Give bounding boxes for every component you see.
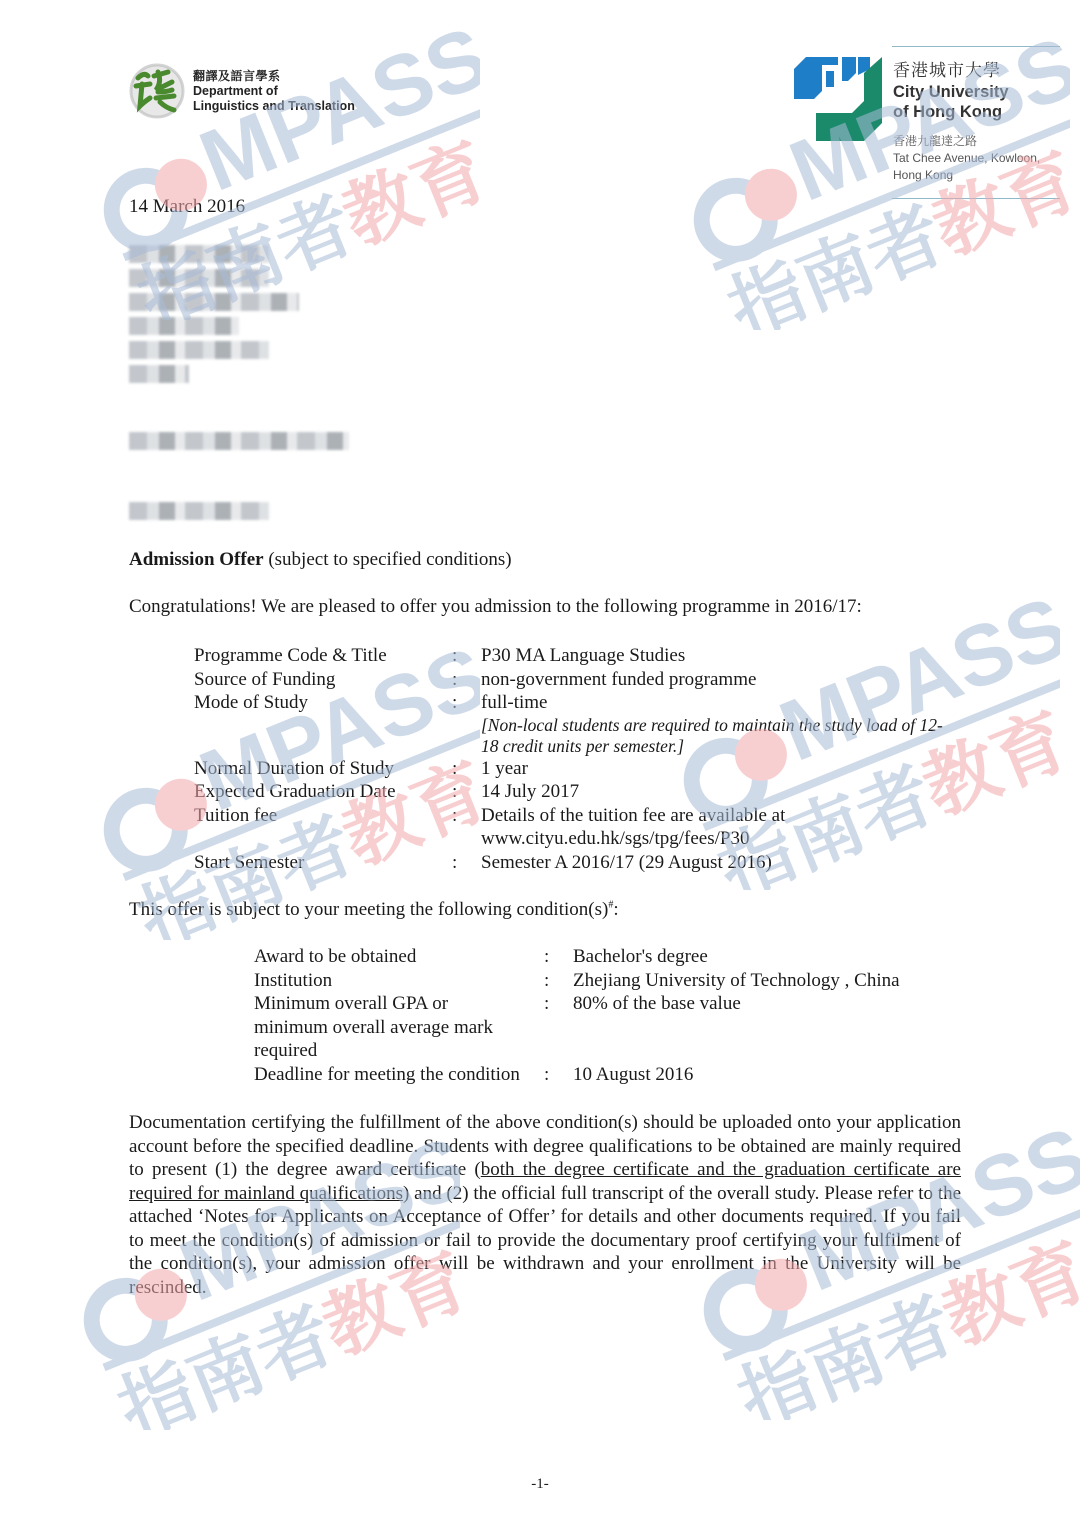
conditions-table: Award to be obtained : Bachelor's degree… <box>254 945 973 1086</box>
redacted-application-number <box>129 432 349 456</box>
department-name-en-line1: Department of <box>193 84 355 99</box>
detail-value: P30 MA Language Studies <box>481 644 951 668</box>
condition-label: Institution <box>254 969 544 993</box>
redacted-line <box>129 293 299 311</box>
programme-details-table: Programme Code & Title : P30 MA Language… <box>194 644 951 874</box>
detail-row-funding: Source of Funding : non-government funde… <box>194 668 951 692</box>
redacted-salutation <box>129 502 269 526</box>
address-zh: 香港九龍達之路 <box>893 133 1040 150</box>
detail-row-start: Start Semester : Semester A 2016/17 (29 … <box>194 851 951 875</box>
redacted-line <box>129 365 189 383</box>
detail-value: Details of the tuition fee are available… <box>481 804 951 828</box>
offer-heading: Admission Offer (subject to specified co… <box>129 548 512 572</box>
detail-label: Expected Graduation Date <box>194 780 452 804</box>
detail-label: Programme Code & Title <box>194 644 452 668</box>
address-en-line2: Hong Kong <box>893 167 1040 184</box>
study-load-note: [Non-local students are required to main… <box>481 715 951 757</box>
separator: : <box>544 1063 573 1087</box>
separator: : <box>452 757 481 781</box>
condition-value: 80% of the base value <box>573 992 973 1063</box>
separator: : <box>452 780 481 804</box>
detail-label: Source of Funding <box>194 668 452 692</box>
condition-row-institution: Institution : Zhejiang University of Tec… <box>254 969 973 993</box>
university-name-en-line1: City University <box>893 82 1009 102</box>
university-name-zh: 香港城市大學 <box>893 60 1009 82</box>
offer-heading-bold: Admission Offer <box>129 549 264 570</box>
congratulations-line: Congratulations! We are pleased to offer… <box>129 595 862 619</box>
condition-label: Minimum overall GPA or minimum overall a… <box>254 992 524 1063</box>
university-name-en-line2: of Hong Kong <box>893 102 1009 122</box>
department-name-zh: 翻譯及語言學系 <box>193 69 355 84</box>
redacted-line <box>129 245 269 263</box>
detail-value: 14 July 2017 <box>481 780 951 804</box>
svg-text:指南者: 指南者 <box>107 1292 345 1430</box>
detail-label: Mode of Study <box>194 691 452 757</box>
condition-row-deadline: Deadline for meeting the condition : 10 … <box>254 1063 973 1087</box>
detail-label: Tuition fee <box>194 804 452 851</box>
condition-row-gpa: Minimum overall GPA or minimum overall a… <box>254 992 973 1063</box>
detail-label: Start Semester <box>194 851 452 875</box>
separator: : <box>452 851 481 875</box>
condition-value: Bachelor's degree <box>573 945 973 969</box>
separator: : <box>544 945 573 969</box>
separator: : <box>544 969 573 993</box>
detail-value: non-government funded programme <box>481 668 951 692</box>
university-address: 香港九龍達之路 Tat Chee Avenue, Kowloon, Hong K… <box>893 133 1040 184</box>
detail-row-programme: Programme Code & Title : P30 MA Language… <box>194 644 951 668</box>
separator: : <box>452 804 481 851</box>
documentation-paragraph: Documentation certifying the fulfillment… <box>129 1111 961 1299</box>
cityu-logo-icon <box>792 51 884 143</box>
top-rule <box>892 46 1060 47</box>
condition-value: 10 August 2016 <box>573 1063 973 1087</box>
department-letterhead: 翻譯及語言學系 Department of Linguistics and Tr… <box>128 62 355 120</box>
condition-label: Deadline for meeting the condition <box>254 1063 544 1087</box>
separator: : <box>544 992 573 1063</box>
condition-label: Award to be obtained <box>254 945 544 969</box>
detail-value: Semester A 2016/17 (29 August 2016) <box>481 851 951 875</box>
detail-label: Normal Duration of Study <box>194 757 452 781</box>
calligraphy-yu-logo-icon <box>128 62 186 120</box>
redacted-line <box>129 432 349 450</box>
svg-text:指南者: 指南者 <box>717 192 955 330</box>
separator: : <box>452 668 481 692</box>
offer-heading-rest: (subject to specified conditions) <box>264 549 512 570</box>
letter-date: 14 March 2016 <box>129 195 245 219</box>
page-number: -1- <box>0 1476 1080 1493</box>
svg-text:教育: 教育 <box>331 127 480 262</box>
address-en-line1: Tat Chee Avenue, Kowloon, <box>893 150 1040 167</box>
detail-value: full-time <box>481 691 951 715</box>
detail-row-mode: Mode of Study : full-time [Non-local stu… <box>194 691 951 757</box>
redacted-line <box>129 341 269 359</box>
condition-value: Zhejiang University of Technology , Chin… <box>573 969 973 993</box>
condition-row-award: Award to be obtained : Bachelor's degree <box>254 945 973 969</box>
detail-value: 1 year <box>481 757 951 781</box>
separator: : <box>452 644 481 668</box>
svg-text:指南者: 指南者 <box>727 1282 965 1420</box>
conditions-intro: This offer is subject to your meeting th… <box>129 898 619 922</box>
separator: : <box>452 691 481 757</box>
detail-row-tuition: Tuition fee : Details of the tuition fee… <box>194 804 951 851</box>
redacted-line <box>129 269 269 287</box>
tuition-fee-link[interactable]: www.cityu.edu.hk/sgs/tpg/fees/P30 <box>481 827 951 851</box>
bottom-rule <box>892 198 1060 199</box>
redacted-line <box>129 317 239 335</box>
redacted-line <box>129 502 269 520</box>
department-name-en-line2: Linguistics and Translation <box>193 99 355 114</box>
detail-row-duration: Normal Duration of Study : 1 year <box>194 757 951 781</box>
redacted-recipient-address <box>129 245 299 389</box>
detail-row-graduation: Expected Graduation Date : 14 July 2017 <box>194 780 951 804</box>
